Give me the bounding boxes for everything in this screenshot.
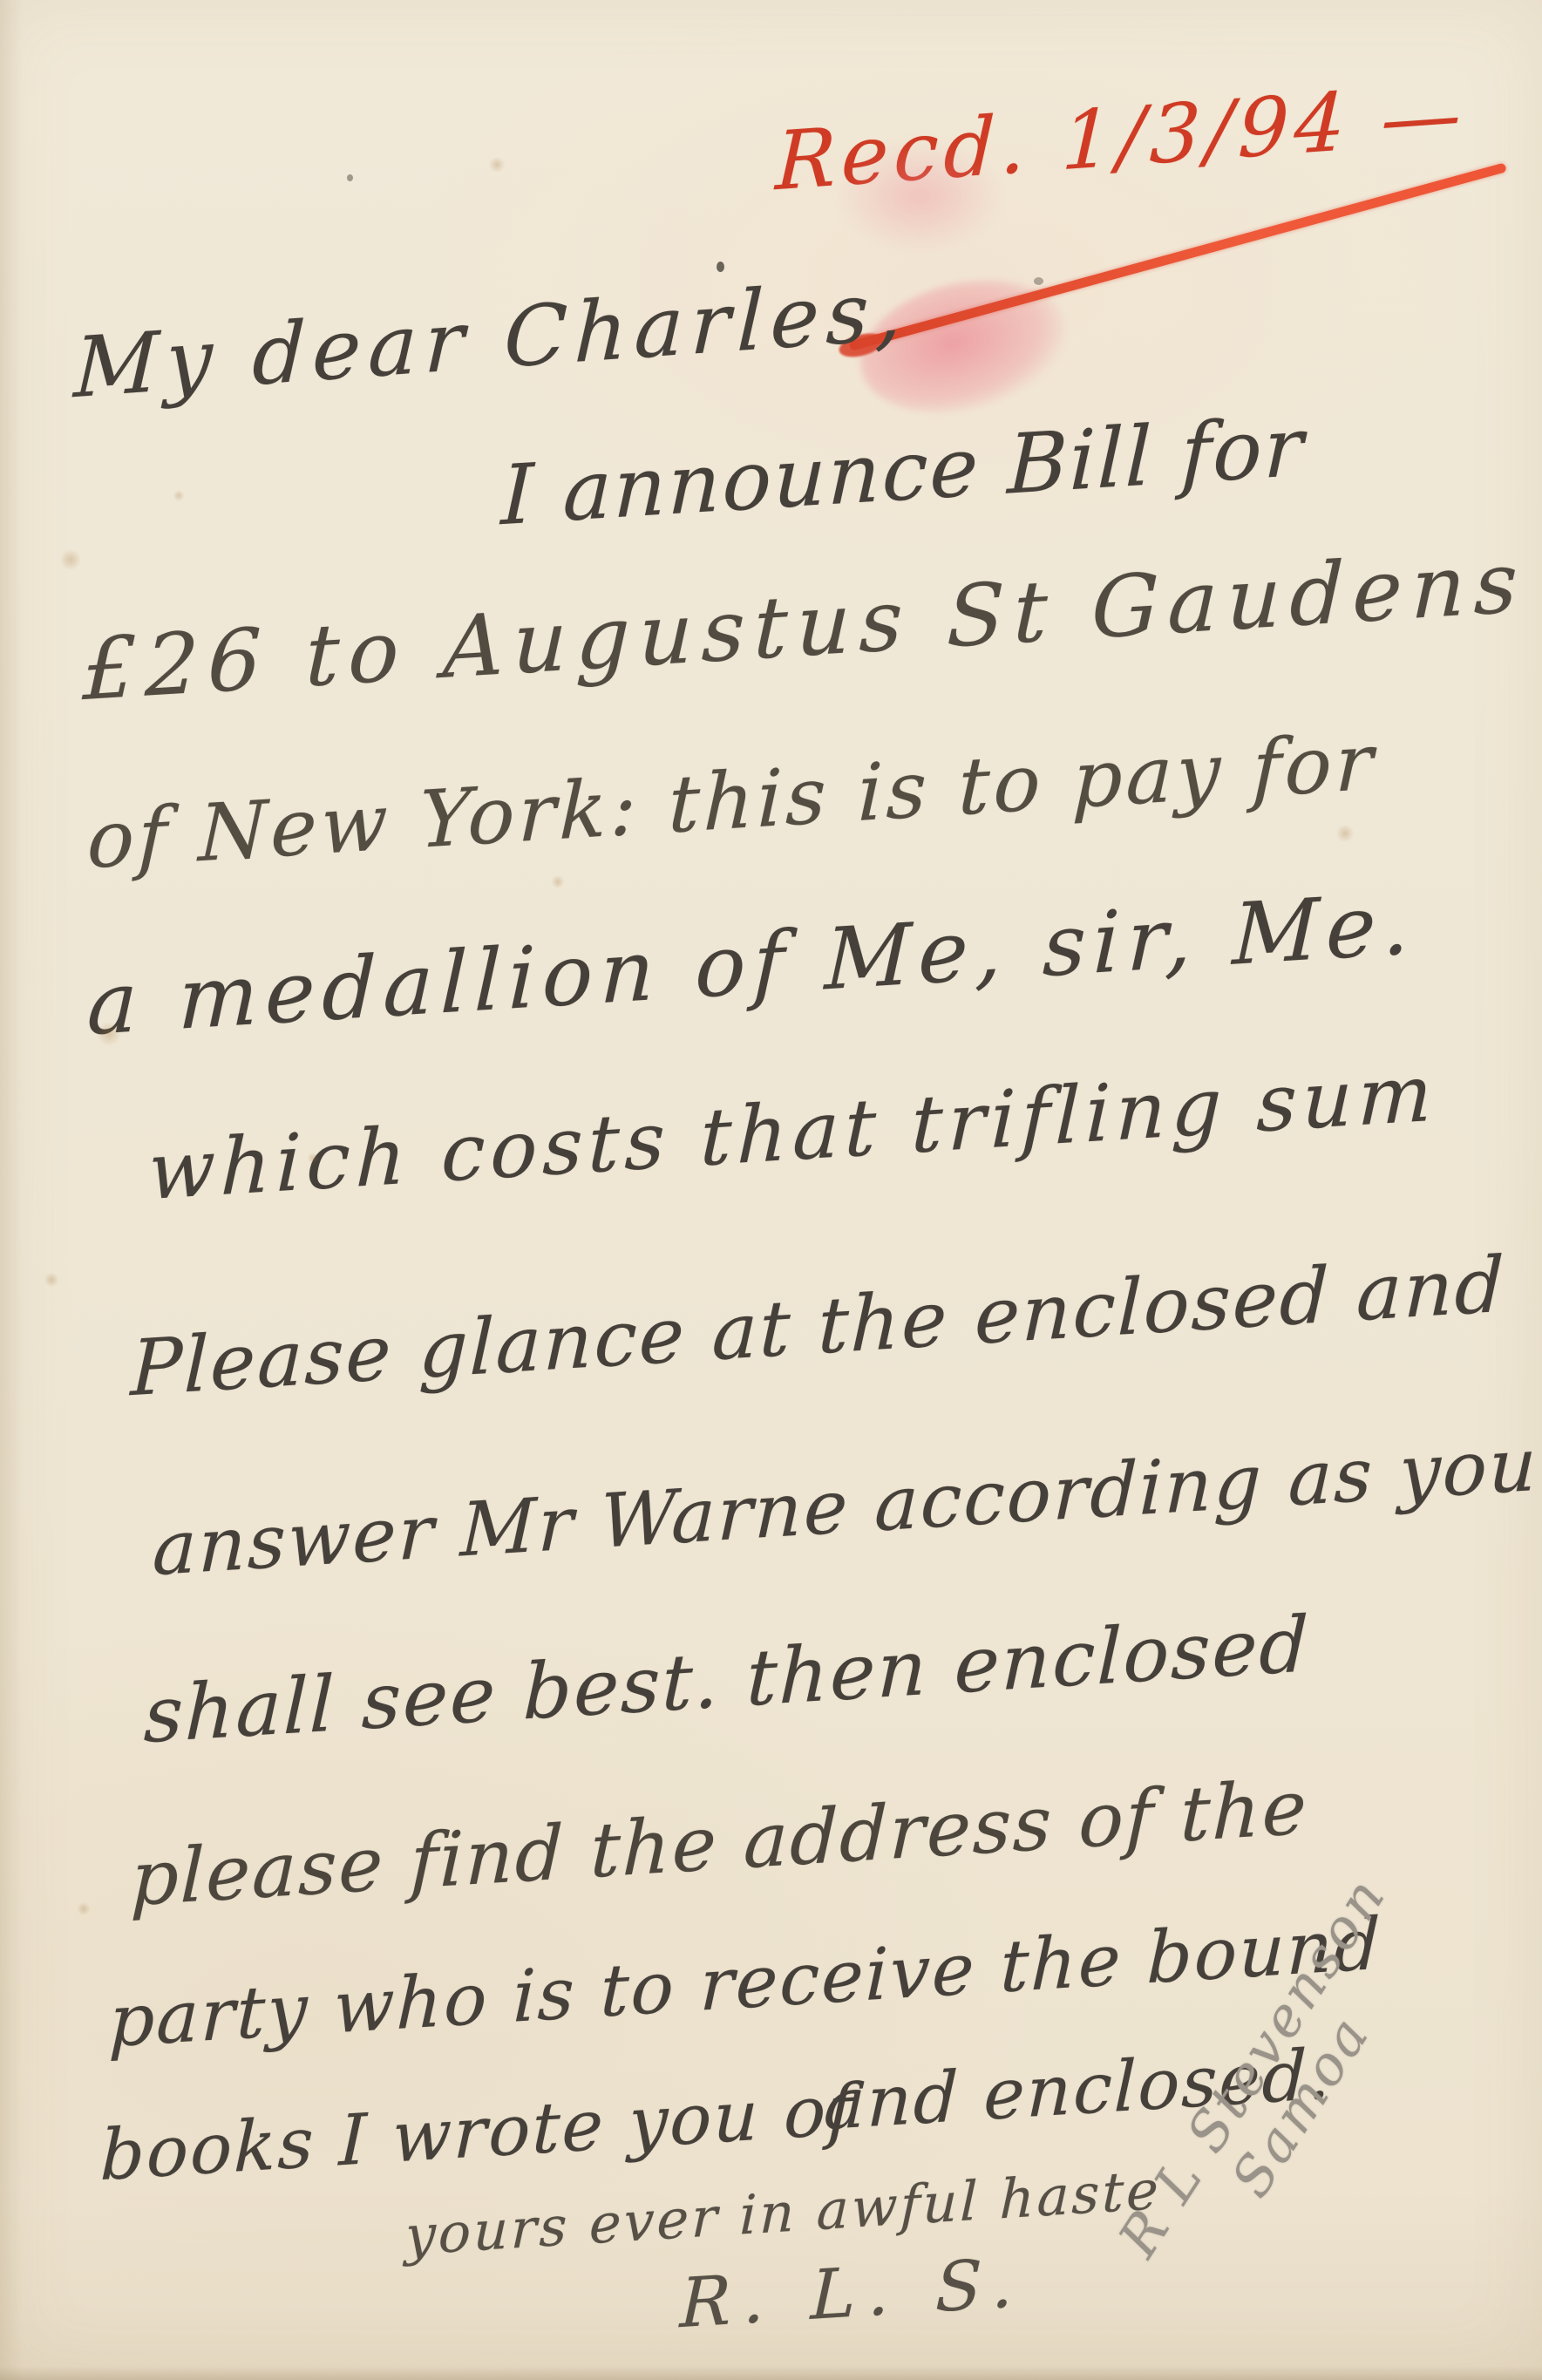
foxing-spot — [488, 157, 506, 173]
foxing-spot — [551, 875, 565, 888]
ink-speck — [347, 174, 353, 181]
body-line-1: I announce Bill for — [500, 399, 1307, 544]
foxing-spot — [59, 549, 82, 570]
salutation-line: My dear Charles, — [72, 262, 910, 417]
body-line-11: books I wrote you of — [99, 2069, 856, 2196]
closing-line: yours ever in awful haste — [404, 2158, 1162, 2268]
foxing-spot — [77, 1902, 91, 1915]
foxing-spot — [173, 490, 185, 501]
body-line-6: Please glance at the enclosed and — [130, 1239, 1507, 1413]
body-line-3: of New York: this is to pay for — [86, 716, 1378, 887]
body-line-9: please find the address of the — [130, 1764, 1309, 1923]
body-line-7: answer Mr Warne according as you — [152, 1422, 1539, 1594]
foxing-spot — [1335, 825, 1355, 842]
ink-speck — [717, 262, 724, 272]
body-line-8: shall see best. then enclosed — [143, 1599, 1311, 1760]
signature-initials: R. L. S. — [679, 2244, 1027, 2344]
body-line-5: which costs that trifling sum — [147, 1047, 1439, 1218]
body-line-10: party who is to receive the bound — [108, 1903, 1383, 2064]
ink-smudge-small — [837, 139, 1002, 253]
foxing-spot — [307, 1153, 319, 1164]
ink-speck — [1034, 277, 1043, 285]
letter-page: Recd. 1/3/94 — My dear Charles, I announ… — [0, 0, 1542, 2380]
foxing-spot — [96, 1022, 122, 1046]
paper-edge-shadow-left — [0, 0, 23, 2380]
body-line-2: £26 to Augustus St Gaudens — [82, 533, 1528, 720]
paper-edge-shadow-bottom — [0, 2366, 1542, 2380]
foxing-spot — [44, 1273, 59, 1287]
body-line-4: a medallion of Me, sir, Me. — [86, 874, 1418, 1055]
